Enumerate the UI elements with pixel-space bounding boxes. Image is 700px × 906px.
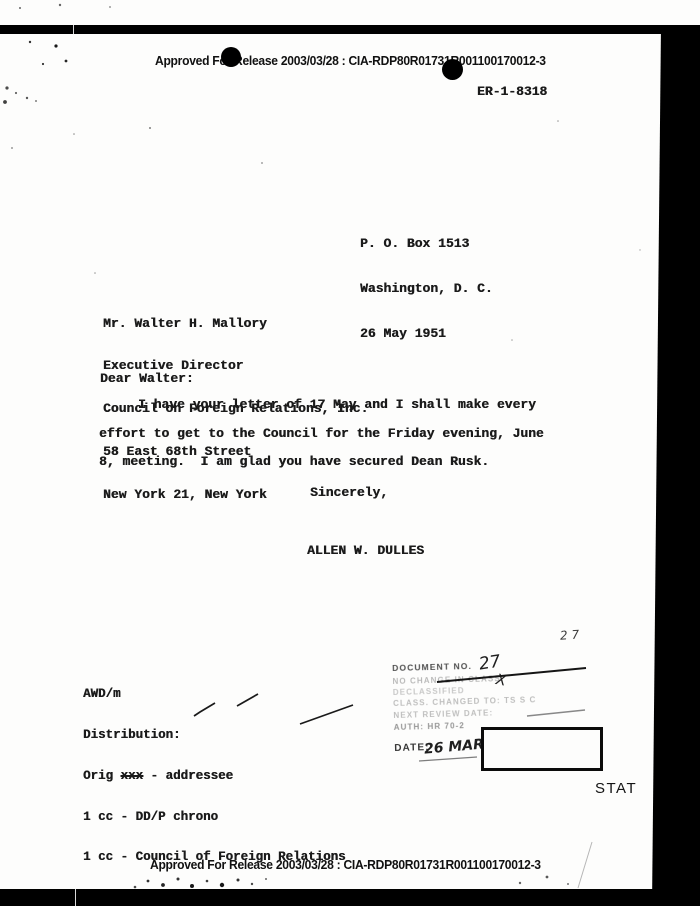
sender-line: 26 May 1951 (360, 326, 493, 341)
er-number: ER-1-8318 (477, 84, 547, 99)
stamp-rule-line (527, 710, 585, 716)
scanned-letter-page: Approved For Release 2003/03/28 : CIA-RD… (0, 0, 700, 906)
classification-footer: Approved For Release 2003/03/28 : CIA-RD… (150, 857, 541, 872)
sender-address: P. O. Box 1513 Washington, D. C. 26 May … (360, 206, 493, 371)
distribution-line-orig: Orig xxx - addressee (83, 770, 346, 784)
crease-mark (578, 842, 592, 888)
stamp-no-change-label: NO CHANGE IN CLASS. (392, 674, 504, 686)
sender-line: P. O. Box 1513 (360, 236, 493, 251)
distribution-heading: Distribution: (83, 729, 346, 743)
body-line: I have your letter of 17 May and I shall… (138, 397, 536, 412)
orig-suffix: - addressee (143, 769, 233, 783)
hole-punch-mark (442, 59, 463, 80)
distribution-line-cc1: 1 cc - DD/P chrono (83, 811, 346, 825)
stat-marking: STAT (595, 780, 637, 797)
orig-prefix: Orig (83, 769, 121, 783)
stamp-class-changed-label: CLASS. CHANGED TO: TS S C (393, 695, 537, 708)
scan-right-edge (652, 25, 700, 906)
stamp-rule-line (419, 757, 477, 761)
stamp-date-label: DATE: (394, 742, 430, 754)
body-line: 8, meeting. I am glad you have secured D… (99, 454, 489, 469)
stamp-auth-label: AUTH: HR 70-2 (394, 721, 465, 732)
typist-initials: AWD/m (83, 688, 346, 702)
hole-punch-mark (221, 47, 241, 67)
stamp-declassified-label: DECLASSIFIED (393, 686, 465, 697)
recipient-line: Mr. Walter H. Mallory (103, 317, 368, 331)
stamp-document-no-label: DOCUMENT NO. (392, 661, 472, 673)
sender-line: Washington, D. C. (360, 281, 493, 296)
stamp-next-review-label: NEXT REVIEW DATE: (393, 708, 493, 720)
scan-edge-gap (75, 889, 76, 906)
body-line: effort to get to the Council for the Fri… (99, 426, 544, 441)
scan-top-edge (0, 25, 700, 34)
struck-text: xxx (121, 769, 144, 783)
signature-name: ALLEN W. DULLES (307, 543, 424, 558)
complimentary-closing: Sincerely, (310, 485, 388, 500)
reviewer-box (481, 727, 603, 771)
handwritten-margin-number: 27 (560, 627, 584, 643)
classification-header: Approved For Release 2003/03/28 : CIA-RD… (155, 53, 546, 68)
scan-edge-gap (73, 25, 74, 34)
salutation: Dear Walter: (100, 371, 194, 386)
